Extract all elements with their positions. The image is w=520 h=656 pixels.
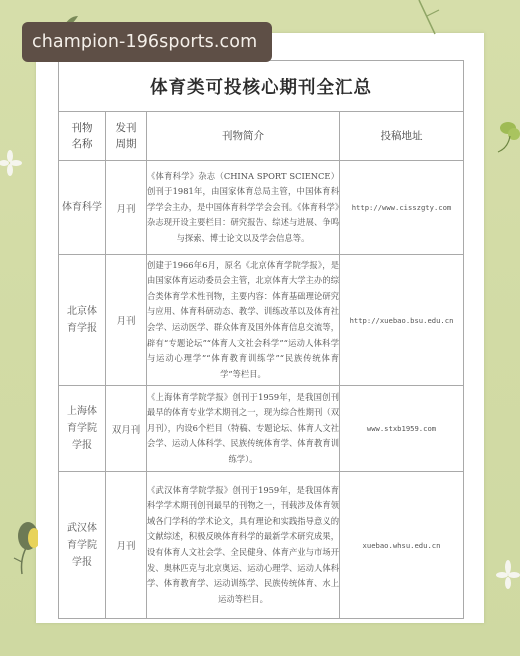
daisy-icon — [0, 150, 24, 178]
journal-url: http://xuebao.bsu.edu.cn — [340, 255, 464, 386]
journal-intro: 《上海体育学院学报》创刊于1959年，是我国创刊最早的体育专业学术期刊之一，现为… — [147, 386, 340, 472]
column-header-period: 发刊周期 — [106, 112, 147, 161]
journal-name-text: 上海体育学院学报 — [66, 403, 98, 454]
journal-url: http://www.cisszgty.com — [340, 161, 464, 255]
table-row: 上海体育学院学报 双月刊 《上海体育学院学报》创刊于1959年，是我国创刊最早的… — [59, 386, 464, 472]
daisy-icon — [496, 560, 520, 590]
journal-period: 月刊 — [106, 161, 147, 255]
journal-name-text: 北京体育学报 — [66, 303, 98, 337]
table-header-row: 刊物名称 发刊周期 刊物简介 投稿地址 — [59, 112, 464, 161]
header-label: 刊物名称 — [70, 120, 94, 152]
leaf-sprig-icon — [405, 0, 445, 36]
journal-period: 月刊 — [106, 255, 147, 386]
journal-name: 北京体育学报 — [59, 255, 106, 386]
column-header-intro: 刊物简介 — [147, 112, 340, 161]
journal-name: 体育科学 — [59, 161, 106, 255]
journal-name: 上海体育学院学报 — [59, 386, 106, 472]
journal-url: xuebao.whsu.edu.cn — [340, 472, 464, 619]
journal-name: 武汉体育学院学报 — [59, 472, 106, 619]
journal-period: 双月刊 — [106, 386, 147, 472]
journal-name-text: 武汉体育学院学报 — [66, 520, 98, 571]
journal-url: www.stxb1959.com — [340, 386, 464, 472]
journal-table: 体育类可投核心期刊全汇总 刊物名称 发刊周期 刊物简介 投稿地址 体育科学 月刊… — [58, 60, 464, 619]
clover-icon — [494, 120, 520, 156]
journal-period: 月刊 — [106, 472, 147, 619]
document-title: 体育类可投核心期刊全汇总 — [59, 61, 464, 112]
table-row: 武汉体育学院学报 月刊 《武汉体育学院学报》创刊于1959年，是我国体育科学学术… — [59, 472, 464, 619]
journal-intro: 创建于1966年6月，原名《北京体育学院学报》，是由国家体育运动委员会主管，北京… — [147, 255, 340, 386]
table-row: 体育科学 月刊 《体育科学》杂志（CHINA SPORT SCIENCE）创刊于… — [59, 161, 464, 255]
column-header-name: 刊物名称 — [59, 112, 106, 161]
journal-intro: 《武汉体育学院学报》创刊于1959年，是我国体育科学学术期刊创刊最早的刊物之一，… — [147, 472, 340, 619]
yellow-flower-icon — [8, 518, 38, 576]
journal-intro: 《体育科学》杂志（CHINA SPORT SCIENCE）创刊于1981年，由国… — [147, 161, 340, 255]
watermark-label: champion-196sports.com — [22, 22, 272, 62]
table-row: 北京体育学报 月刊 创建于1966年6月，原名《北京体育学院学报》，是由国家体育… — [59, 255, 464, 386]
header-label: 发刊周期 — [114, 120, 138, 152]
column-header-url: 投稿地址 — [340, 112, 464, 161]
